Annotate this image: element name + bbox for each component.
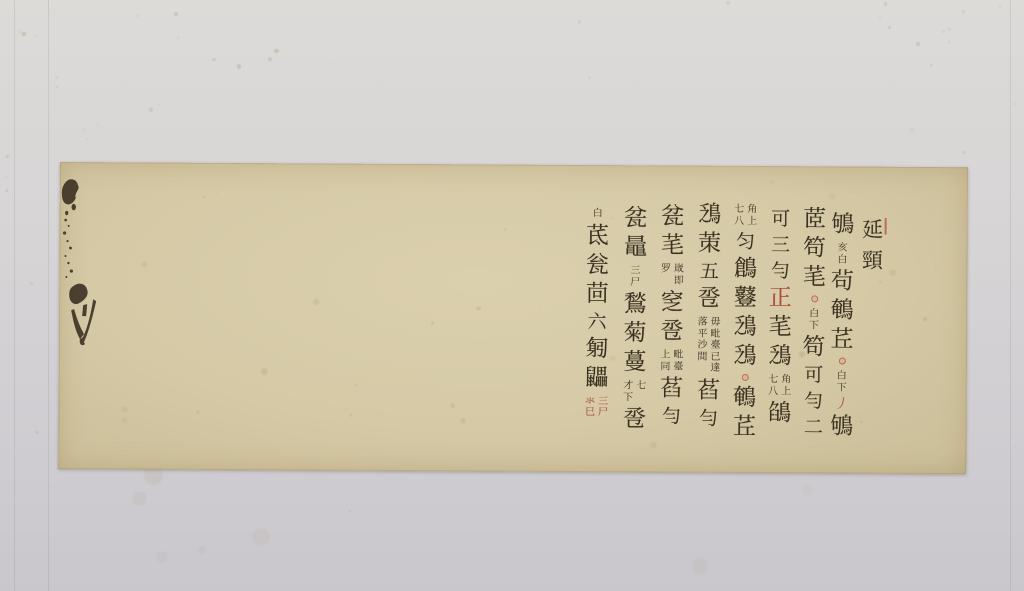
annotation-text: 白下	[808, 308, 820, 331]
annotation-text: 三尸	[629, 265, 641, 288]
foxing-spot	[6, 155, 9, 158]
calligraphy-glyph: 勻	[796, 389, 832, 413]
foxing-spot	[884, 2, 887, 5]
annotation-text: 七	[635, 380, 647, 403]
calligraphy-glyph: 匑	[579, 335, 615, 362]
text-column-5: 鴔茦五卺毋毗臺已達落平沙間萏勻	[690, 202, 727, 433]
photograph-of-manuscript: 延頸 鴝亥白茍鵪茊白下丿鴝茝笱芼白下笱可勻二可三勻正芼鴔角上七八鵮角上七八匀鶬鼟…	[0, 0, 1024, 591]
calligraphy-glyph: 萏	[654, 375, 690, 402]
page-title: 延頸	[860, 215, 884, 277]
calligraphy-glyph: 鼟	[727, 285, 763, 312]
calligraphy-glyph: 鴔	[727, 314, 763, 341]
calligraphy-glyph: 鵪	[727, 385, 763, 412]
vermilion-dot-mark	[741, 374, 748, 381]
foxing-spot	[530, 90, 532, 92]
foxing-spot	[962, 10, 965, 13]
annotation-text: 七八	[733, 204, 745, 227]
foxing-spot	[56, 86, 58, 88]
calligraphy-glyph: 笱	[796, 334, 832, 361]
foxing-spot	[948, 41, 950, 43]
foxing-spot	[978, 142, 979, 143]
calligraphy-glyph: 卺	[616, 406, 652, 433]
foxing-spot	[30, 282, 33, 285]
text-column-2: 茝笱芼白下笱可勻二	[795, 206, 832, 441]
calligraphy-glyph: 茴	[579, 280, 615, 307]
text-column-6: 瓫芼嵅即罗窆卺毗臺上同萏勻	[653, 203, 690, 430]
calligraphy-glyph: 茋	[580, 222, 616, 249]
foxing-spot	[947, 27, 951, 31]
foxing-spot	[1014, 103, 1017, 106]
double-small-annotation: 嵅即罗	[660, 263, 685, 286]
mount-crease	[48, 0, 49, 591]
foxing-spot	[132, 491, 147, 506]
calligraphy-glyph: 瓮	[579, 251, 615, 278]
foxing-spot	[177, 37, 179, 39]
calligraphy-text: 延頸 鴝亥白茍鵪茊白下丿鴝茝笱芼白下笱可勻二可三勻正芼鴔角上七八鵮角上七八匀鶬鼟…	[58, 162, 968, 474]
foxing-spot	[467, 69, 468, 70]
foxing-spot	[802, 484, 813, 495]
annotation-text: 落平沙間	[696, 317, 708, 375]
annotation-text: 氺巳	[584, 396, 596, 419]
foxing-spot	[525, 556, 526, 557]
mount-crease	[14, 0, 15, 591]
text-column-4: 角上七八匀鶬鼟鴔鴔鵪茊	[726, 202, 763, 443]
double-small-annotation: 三尸氺巳	[584, 396, 609, 419]
annotation-text: 嵅即	[673, 264, 685, 287]
annotation-text: 三尸	[597, 396, 609, 419]
foxing-spot	[578, 20, 582, 24]
calligraphy-glyph: 卺	[654, 318, 690, 345]
foxing-spot	[1014, 446, 1016, 448]
calligraphy-glyph: 鶖	[617, 291, 653, 318]
text-column-8: 白茋瓮茴六匑鼺三尸氺巳	[579, 206, 616, 422]
calligraphy-glyph: 鴔	[762, 343, 798, 370]
foxing-spot	[916, 42, 920, 46]
vermilion-correction-glyph: 正	[762, 285, 798, 312]
small-annotation: 白	[592, 208, 604, 220]
foxing-spot	[35, 431, 39, 435]
foxing-spot	[149, 107, 153, 111]
annotation-text: 亥白	[836, 242, 848, 265]
calligraphy-glyph: 芼	[762, 314, 798, 341]
foxing-spot	[726, 1, 730, 5]
double-small-annotation: 七才下	[622, 380, 647, 403]
annotation-text: 罗	[660, 263, 672, 286]
vermilion-slash-mark: 丿	[833, 395, 850, 414]
foxing-spot	[55, 76, 58, 79]
foxing-spot	[5, 176, 7, 178]
small-annotation: 亥白	[836, 242, 848, 265]
foxing-spot	[198, 546, 206, 554]
double-small-annotation: 角上七八	[767, 374, 792, 397]
foxing-spot	[962, 151, 965, 154]
calligraphy-glyph: 茊	[726, 414, 762, 441]
foxing-spot	[174, 12, 178, 16]
foxing-spot	[692, 557, 709, 574]
calligraphy-glyph: 瓫	[618, 205, 654, 232]
title-column: 延頸	[858, 215, 886, 277]
double-small-annotation: 角上七八	[733, 204, 758, 227]
foxing-spot	[22, 32, 26, 36]
calligraphy-glyph: 鴔	[727, 343, 763, 370]
vermilion-dot-mark	[811, 295, 818, 302]
foxing-spot	[888, 26, 891, 29]
foxing-spot	[136, 15, 138, 17]
calligraphy-glyph: 瓫	[655, 203, 691, 230]
foxing-spot	[6, 189, 8, 191]
annotation-text: 角上	[746, 204, 758, 227]
calligraphy-glyph: 鵮	[761, 400, 797, 427]
calligraphy-glyph: 可	[763, 207, 799, 231]
foxing-spot	[999, 6, 1001, 8]
calligraphy-glyph: 芼	[796, 264, 832, 291]
small-annotation: 白下	[836, 370, 848, 393]
calligraphy-glyph: 笱	[796, 235, 832, 262]
calligraphy-glyph: 匀	[727, 230, 763, 254]
annotation-text: 毗臺	[672, 350, 684, 373]
calligraphy-glyph: 勻	[762, 259, 798, 283]
foxing-spot	[35, 35, 37, 37]
foxing-spot	[212, 58, 215, 61]
foxing-spot	[878, 30, 879, 31]
annotation-text: 角上	[780, 374, 792, 397]
calligraphy-glyph: 二	[795, 415, 831, 439]
text-column-3: 可三勻正芼鴔角上七八鵮	[761, 207, 798, 429]
annotation-text: 白下	[836, 370, 848, 393]
small-annotation: 三尸	[629, 265, 641, 288]
calligraphy-glyph: 菊	[617, 320, 653, 347]
vermilion-reading-mark	[885, 218, 887, 235]
calligraphy-glyph: 三	[762, 233, 798, 257]
vermilion-dot-mark	[838, 357, 845, 364]
foxing-spot	[942, 30, 945, 33]
manuscript-sheet: 延頸 鴝亥白茍鵪茊白下丿鴝茝笱芼白下笱可勻二可三勻正芼鴔角上七八鵮角上七八匀鶬鼟…	[58, 162, 968, 474]
double-small-annotation: 毗臺上同	[659, 349, 684, 372]
foxing-spot	[268, 57, 272, 61]
calligraphy-glyph: 勻	[690, 406, 726, 430]
mount-crease	[1010, 0, 1011, 591]
foxing-spot	[1000, 57, 1002, 59]
annotation-text: 白	[592, 208, 604, 220]
foxing-spot	[51, 487, 52, 488]
calligraphy-glyph: 萏	[691, 377, 727, 404]
foxing-spot	[237, 64, 241, 68]
double-small-annotation: 毋毗臺已達落平沙間	[696, 317, 721, 375]
annotation-text: 上同	[659, 349, 671, 372]
foxing-spot	[262, 17, 263, 18]
foxing-spot	[348, 510, 352, 514]
calligraphy-glyph: 卺	[691, 286, 727, 313]
foxing-spot	[879, 17, 881, 19]
foxing-spot	[156, 551, 168, 563]
calligraphy-glyph: 芼	[654, 232, 690, 259]
annotation-text: 七八	[767, 374, 779, 397]
foxing-spot	[252, 528, 270, 546]
calligraphy-glyph: 五	[691, 260, 727, 284]
calligraphy-glyph: 茝	[797, 206, 833, 233]
small-annotation: 白下	[808, 308, 820, 331]
calligraphy-glyph: 鼂	[617, 234, 653, 261]
foxing-spot	[332, 63, 334, 65]
foxing-spot	[544, 491, 545, 492]
calligraphy-glyph: 窆	[654, 289, 690, 316]
foxing-spot	[190, 34, 191, 35]
foxing-spot	[588, 76, 591, 79]
foxing-spot	[17, 29, 19, 31]
foxing-spot	[274, 49, 278, 53]
foxing-spot	[82, 128, 85, 131]
annotation-text: 才下	[622, 380, 634, 403]
calligraphy-glyph: 六	[579, 309, 615, 333]
calligraphy-glyph: 鶬	[727, 256, 763, 283]
calligraphy-glyph: 鼺	[579, 364, 615, 391]
calligraphy-glyph: 茦	[691, 231, 727, 258]
calligraphy-glyph: 勻	[653, 404, 689, 428]
foxing-spot	[86, 138, 88, 140]
calligraphy-glyph: 蔓	[617, 349, 653, 376]
foxing-spot	[959, 48, 961, 50]
foxing-spot	[910, 128, 914, 132]
annotation-text: 毋毗臺已達	[709, 317, 721, 375]
calligraphy-glyph: 鴔	[692, 202, 728, 229]
foxing-spot	[930, 64, 933, 67]
text-column-7: 瓫鼂三尸鶖菊蔓七才下卺	[616, 205, 653, 435]
foxing-spot	[158, 103, 160, 105]
foxing-spot	[97, 124, 99, 126]
calligraphy-glyph: 可	[796, 363, 832, 387]
